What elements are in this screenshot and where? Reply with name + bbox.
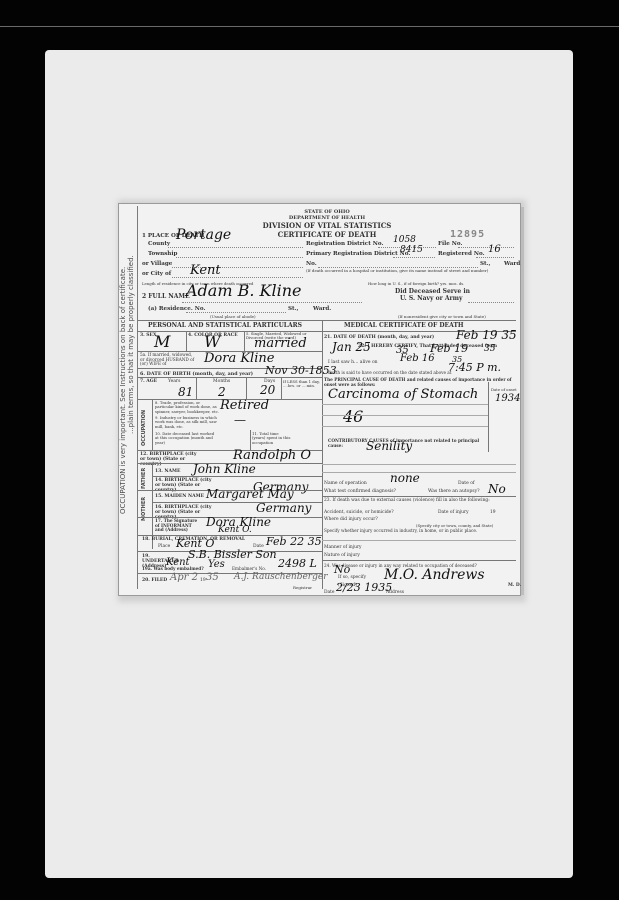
informant-address: Kent O.	[218, 526, 252, 535]
manner-label: Manner of injury	[324, 545, 362, 551]
mother-maiden-value: Margaret May	[206, 488, 294, 500]
less-than-day-label: If LESS than 1 day, ....hrs. or ....min.	[283, 380, 321, 389]
father-name-value: John Kline	[193, 463, 256, 475]
address-label: Address	[386, 590, 404, 596]
filed-year-prefix: 19	[200, 578, 206, 584]
street-st-label: St.,	[480, 261, 491, 267]
sex-value: M	[154, 334, 170, 350]
certify-label: 22. I HEREBY CERTIFY, That I attended de…	[358, 344, 497, 350]
age-days-value: 20	[260, 384, 275, 396]
birthplace-value: Randolph O	[233, 449, 311, 462]
operation-value: none	[390, 472, 420, 484]
spouse-label: 5a. If married, widowed, or divorced HUS…	[140, 353, 196, 367]
autopsy-value: No	[488, 483, 506, 495]
principal-cause-value: Carcinoma of Stomach	[328, 388, 478, 401]
informant-label: 17. The Signature of INFORMANT and (Addr…	[155, 519, 199, 533]
registered-value: 16	[488, 245, 501, 255]
last-saw-label: I last saw h... alive on	[328, 360, 378, 366]
embalmed-value: Yes	[208, 560, 225, 570]
burial-date-value: Feb 22 35	[266, 536, 322, 547]
attended-from: Jan 25	[332, 341, 371, 353]
onset-value: 1934	[495, 394, 520, 404]
age-months-value: 2	[218, 386, 226, 398]
date-signed-label: Date	[324, 590, 335, 596]
specify-label: Specify whether injury occurred in indus…	[324, 528, 477, 534]
dob-value: Nov 30-1853	[265, 365, 337, 376]
accident-label: Accident, suicide, or homicide?	[324, 510, 394, 516]
margin-note-line1: OCCUPATION is very important. See Instru…	[119, 267, 127, 514]
city-label: or City of	[142, 271, 171, 277]
death-said-label: death is said to have occurred on the da…	[328, 370, 451, 376]
where-label: Where did injury occur?	[324, 517, 378, 523]
street-ward-label: Ward	[504, 261, 520, 267]
death-certificate: OCCUPATION is very important. See Instru…	[118, 203, 521, 596]
embalmer-value: 2498 L	[278, 558, 317, 569]
county-label: County	[148, 241, 170, 247]
occupation-vertical-label: OCCUPATION	[141, 410, 147, 446]
stamp-number: 12895	[450, 229, 485, 240]
test-label: What test confirmed diagnosis?	[324, 489, 396, 495]
spouse-value: Dora Kline	[204, 352, 274, 365]
operation-label: Name of operation	[324, 481, 367, 487]
full-name-label: 2 FULL NAME	[142, 294, 190, 300]
industry-value: —	[234, 414, 246, 426]
full-name-value: Adam B. Kline	[186, 283, 301, 299]
nature-label: Nature of injury	[324, 553, 360, 559]
color-value: W	[204, 334, 220, 350]
birthplace-label: 12. BIRTHPLACE (city or town) (State or …	[140, 452, 200, 467]
age-years-value: 81	[178, 386, 193, 398]
margin-instructions: OCCUPATION is very important. See Instru…	[117, 214, 137, 592]
mother-birthplace-value: Germany	[256, 502, 311, 514]
street-no-label: No.	[306, 261, 317, 267]
age-label: 7. AGE	[140, 379, 157, 385]
filed-value: Apr 2	[170, 573, 198, 583]
mother-maiden-label: 15. MAIDEN NAME	[155, 494, 204, 500]
city-value: Kent	[190, 264, 221, 277]
last-saw-value: Feb 16	[400, 354, 435, 364]
reg-district-label: Registration District No.	[306, 241, 383, 247]
residence-st-label: St.,	[288, 306, 299, 312]
contributory-value: Senility	[366, 440, 412, 452]
county-value: Portage	[176, 228, 231, 242]
reg-district-value: 1058	[393, 236, 416, 245]
operation-date-label: Date of	[458, 481, 475, 487]
industry-label: 9. Industry or business in which work wa…	[155, 416, 219, 429]
external-causes-label: 23. If death was due to external causes …	[324, 499, 522, 504]
village-label: or Village	[142, 261, 172, 267]
physician-signature: M.O. Andrews	[384, 568, 485, 582]
attended-to-year: 35	[484, 345, 495, 354]
father-name-label: 13. NAME	[155, 469, 180, 475]
autopsy-label: Was there an autopsy?	[428, 489, 480, 495]
margin-note-line2: ...plain terms, so that it may be proper…	[127, 255, 135, 434]
hospital-note: (If death occurred in a hospital or inst…	[306, 268, 488, 274]
trade-label: 8. Trade, profession, or particular kind…	[155, 401, 219, 414]
scan-edge-line	[0, 26, 619, 27]
attended-to: Feb 19	[430, 343, 468, 354]
filed-label: 20. FILED	[142, 578, 167, 584]
total-time-label: 11. Total time (years) spent in this occ…	[252, 432, 292, 445]
navy-label-2: U. S. Navy or Army	[400, 296, 463, 302]
burial-place-label: Place	[158, 544, 170, 550]
occupation-related-value: No	[334, 564, 350, 575]
registrar-signature: A.J. Rauschenberger	[234, 573, 328, 582]
undertaker-address: Kent	[166, 558, 190, 568]
md-label: M. D.	[508, 583, 521, 589]
personal-section-title: PERSONAL AND STATISTICAL PARTICULARS	[148, 323, 302, 329]
form-body: STATE OF OHIO DEPARTMENT OF HEALTH DIVIS…	[137, 206, 516, 589]
primary-reg-value: 8415	[400, 246, 423, 255]
foreign-birth-label: How long in U. S., if of foreign birth? …	[368, 281, 464, 287]
medical-section-title: MEDICAL CERTIFICATE OF DEATH	[344, 323, 464, 329]
last-worked-label: 10. Date deceased last worked at this oc…	[155, 432, 219, 445]
registrar-label: Registrar	[293, 585, 312, 591]
undertaker-value: S.B. Bissler Son	[188, 549, 277, 560]
duration-note: 46	[343, 409, 363, 425]
filed-year: 35	[206, 573, 219, 583]
death-time-value: 7:45 P m.	[448, 362, 501, 373]
trade-value: Retired	[220, 399, 269, 412]
residence-ward-label: Ward.	[313, 306, 331, 312]
date-signed-value: 2/23 1935	[336, 582, 392, 593]
injury-year-label: 19	[490, 510, 496, 516]
marital-value: married	[254, 337, 307, 350]
father-vertical-label: FATHER	[141, 468, 147, 489]
date-of-death-value: Feb 19 35	[456, 329, 517, 341]
township-label: Township	[148, 251, 177, 257]
injury-date-label: Date of injury	[438, 510, 469, 516]
